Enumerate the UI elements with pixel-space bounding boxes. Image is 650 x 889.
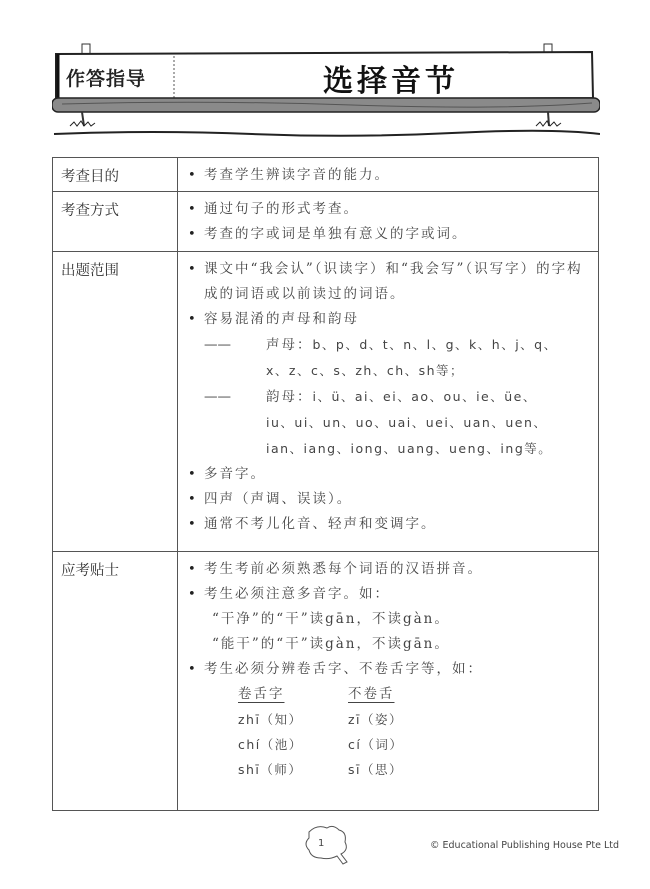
bullet-icon: •	[188, 307, 204, 332]
bullet-icon: •	[188, 163, 204, 188]
retroflex-table: 卷舌字 不卷舌 zhī（知） zī（姿） chí（池） cí（词） shī（师）…	[238, 682, 590, 782]
table-row-scope: 出题范围 •课文中“我会认”（识读字）和“我会写”（识写字）的字构成的词语或以前…	[53, 251, 598, 551]
copyright: © Educational Publishing House Pte Ltd	[430, 840, 619, 851]
row-header: 应考贴士	[53, 552, 178, 810]
row-header: 考查方式	[53, 192, 178, 251]
table-row-tips: 应考贴士 •考生考前必须熟悉每个词语的汉语拼音。 •考生必须注意多音字。如： “…	[53, 551, 598, 810]
bullet-icon: •	[188, 582, 204, 607]
page-number: 1	[318, 838, 324, 849]
row-header: 考查目的	[53, 158, 178, 191]
bullet-icon: •	[188, 657, 204, 682]
table-row-method: 考查方式 •通过句子的形式考查。 •考查的字或词是单独有意义的字或词。	[53, 191, 598, 251]
bullet-icon: •	[188, 512, 204, 537]
banner-label: 作答指导	[66, 64, 146, 91]
row-header: 出题范围	[53, 252, 178, 551]
table-row-purpose: 考查目的 •考查学生辨读字音的能力。	[53, 158, 598, 191]
guide-table: 考查目的 •考查学生辨读字音的能力。 考查方式 •通过句子的形式考查。 •考查的…	[52, 157, 599, 811]
page-title: 选择音节	[182, 56, 600, 100]
bullet-icon: •	[188, 222, 204, 247]
bullet-icon: •	[188, 557, 204, 582]
bullet-icon: •	[188, 257, 204, 307]
leaf-icon	[303, 822, 353, 866]
bullet-icon: •	[188, 197, 204, 222]
bullet-icon: •	[188, 487, 204, 512]
bullet-icon: •	[188, 462, 204, 487]
section-banner: 作答指导 选择音节	[52, 42, 600, 142]
